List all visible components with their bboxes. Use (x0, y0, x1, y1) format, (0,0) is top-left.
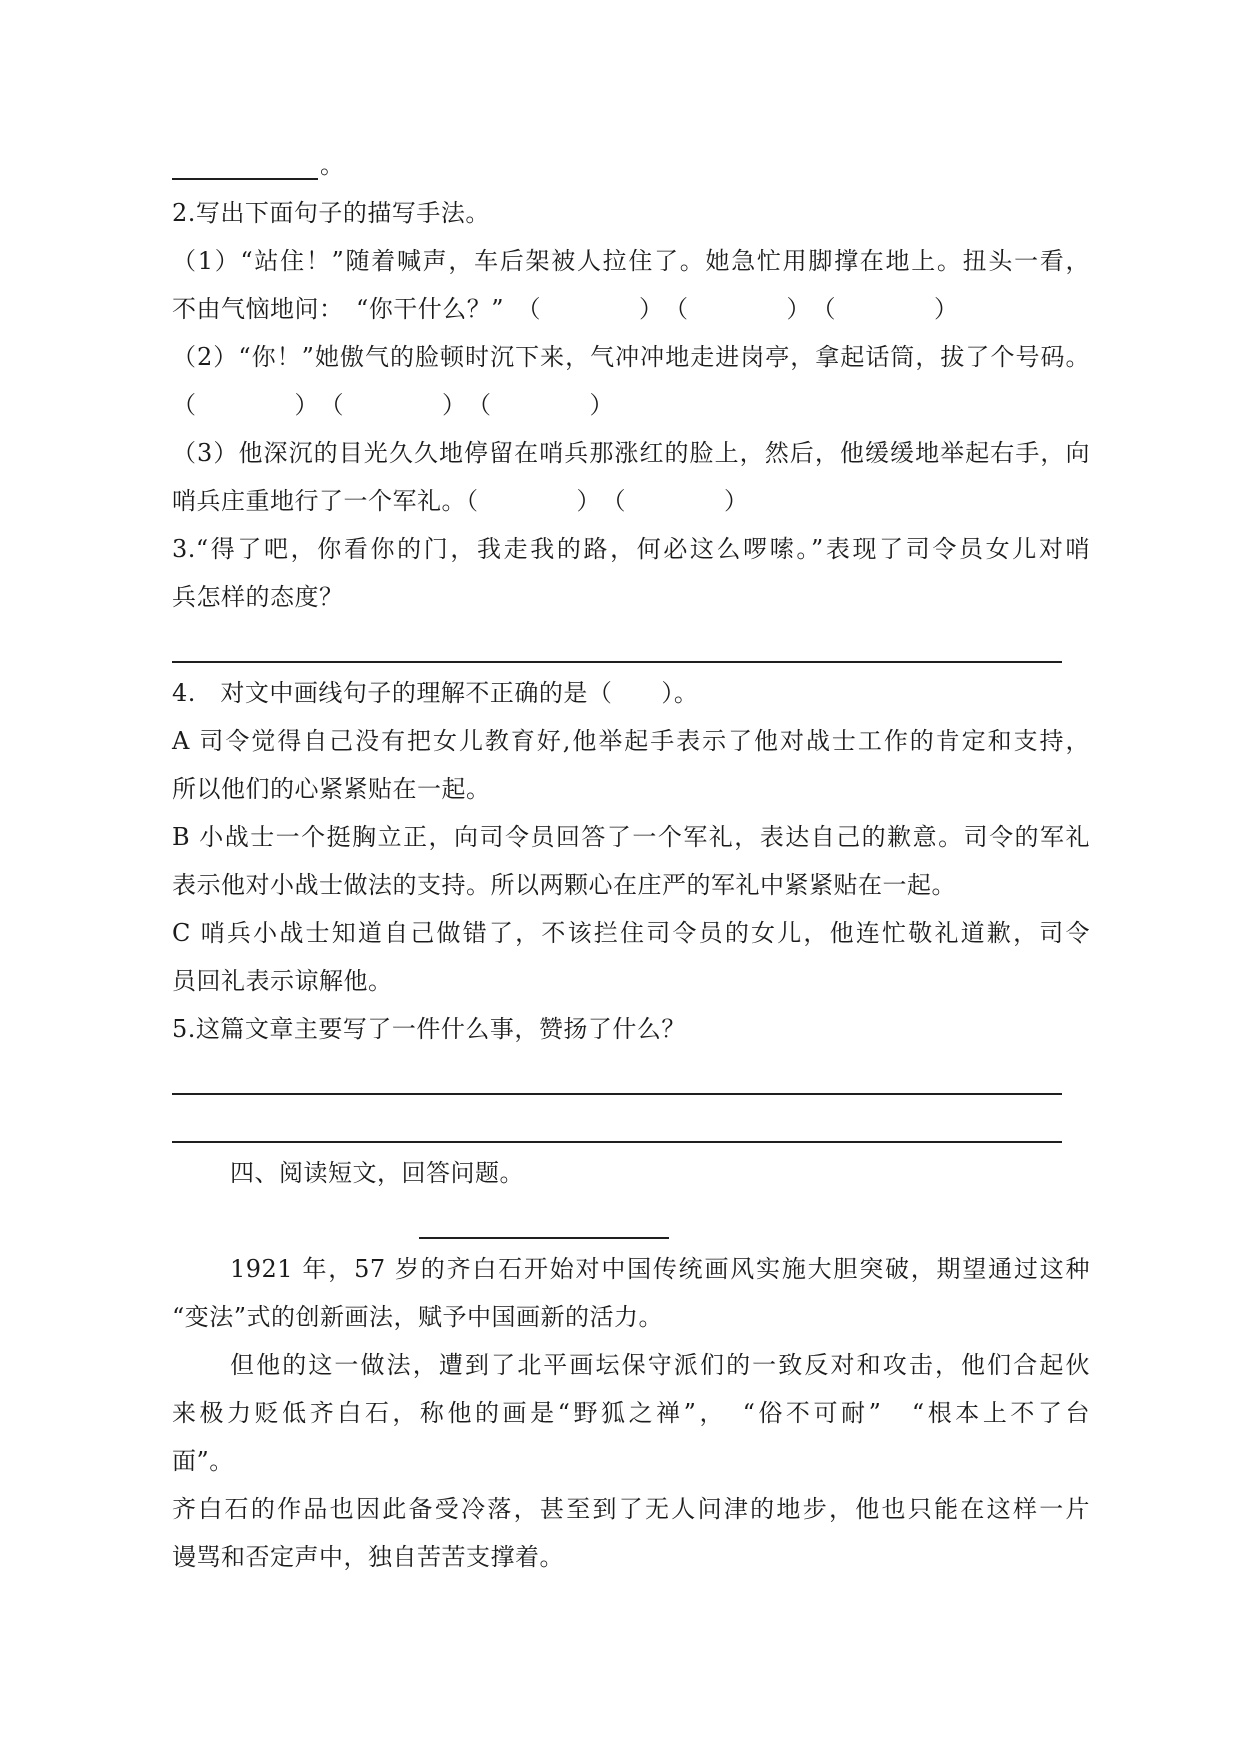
answer-blank-line (172, 1053, 1090, 1101)
question-3: 3.“得了吧，你看你的门，我走我的路，何必这么啰嗦。”表现了司令员女儿对哨 (172, 525, 1090, 573)
question-2-item-3: （3）他深沉的目光久久地停留在哨兵那涨红的脸上，然后，他缓缓地举起右手，向 (172, 429, 1090, 477)
answer-continuation-line: 。 (172, 141, 1090, 189)
question-4-option-a-continued: 所以他们的心紧紧贴在一起。 (172, 765, 1090, 813)
answer-blank-rule (172, 1101, 1062, 1143)
passage-paragraph-1: 1921 年，57 岁的齐白石开始对中国传统画风实施大胆突破，期望通过这种 (172, 1245, 1090, 1293)
passage-paragraph-2: 但他的这一做法，遭到了北平画坛保守派们的一致反对和攻击，他们合起伙 (172, 1341, 1090, 1389)
inline-answer-blank (172, 154, 318, 180)
question-2-item-2: （2）“你！”她傲气的脸顿时沉下来，气冲冲地走进岗亭，拿起话筒，拔了个号码。 (172, 333, 1090, 381)
passage-paragraph-2-continued: 来极力贬低齐白石，称他的画是“野狐之禅”， “俗不可耐” “根本上不了台 (172, 1389, 1090, 1437)
question-2: 2.写出下面句子的描写手法。 (172, 189, 1090, 237)
answer-blank-rule (172, 1053, 1062, 1095)
question-4-option-a: A 司令觉得自己没有把女儿教育好,他举起手表示了他对战士工作的肯定和支持， (172, 717, 1090, 765)
passage-title-blank (172, 1197, 1090, 1245)
section-heading: 四、阅读短文，回答问题。 (172, 1149, 1090, 1197)
question-5: 5.这篇文章主要写了一件什么事，赞扬了什么？ (172, 1005, 1090, 1053)
passage-paragraph-3: 齐白石的作品也因此备受冷落，甚至到了无人问津的地步，他也只能在这样一片 (172, 1485, 1090, 1533)
question-4-option-c-continued: 员回礼表示谅解他。 (172, 957, 1090, 1005)
title-blank-rule (419, 1197, 669, 1239)
passage-paragraph-2-end: 面”。 (172, 1437, 1090, 1485)
question-2-item-3-blanks: 哨兵庄重地行了一个军礼。（ ） （ ） (172, 477, 1090, 525)
question-3-continued: 兵怎样的态度？ (172, 573, 1090, 621)
passage-paragraph-3-end: 谩骂和否定声中，独自苦苦支撑着。 (172, 1533, 1090, 1581)
answer-blank-rule (172, 621, 1062, 663)
question-2-item-1: （1）“站住！”随着喊声，车后架被人拉住了。她急忙用脚撑在地上。扭头一看， (172, 237, 1090, 285)
answer-blank-line (172, 621, 1090, 669)
question-2-item-2-blanks: （ ） （ ） （ ） (172, 381, 1090, 429)
question-2-item-1-blanks: 不由气恼地问： “你干什么？” （ ） （ ） （ ） (172, 285, 1090, 333)
document-page: 。2.写出下面句子的描写手法。（1）“站住！”随着喊声，车后架被人拉住了。她急忙… (172, 141, 1090, 1581)
question-4: 4. 对文中画线句子的理解不正确的是（ ）。 (172, 669, 1090, 717)
question-4-option-c: C 哨兵小战士知道自己做错了，不该拦住司令员的女儿，他连忙敬礼道歉，司令 (172, 909, 1090, 957)
answer-blank-line (172, 1101, 1090, 1149)
question-4-option-b-continued: 表示他对小战士做法的支持。所以两颗心在庄严的军礼中紧紧贴在一起。 (172, 861, 1090, 909)
passage-paragraph-1-continued: “变法”式的创新画法，赋予中国画新的活力。 (172, 1293, 1090, 1341)
document-text-column: 。2.写出下面句子的描写手法。（1）“站住！”随着喊声，车后架被人拉住了。她急忙… (172, 141, 1090, 1581)
question-4-option-b: B 小战士一个挺胸立正，向司令员回答了一个军礼，表达自己的歉意。司令的军礼 (172, 813, 1090, 861)
